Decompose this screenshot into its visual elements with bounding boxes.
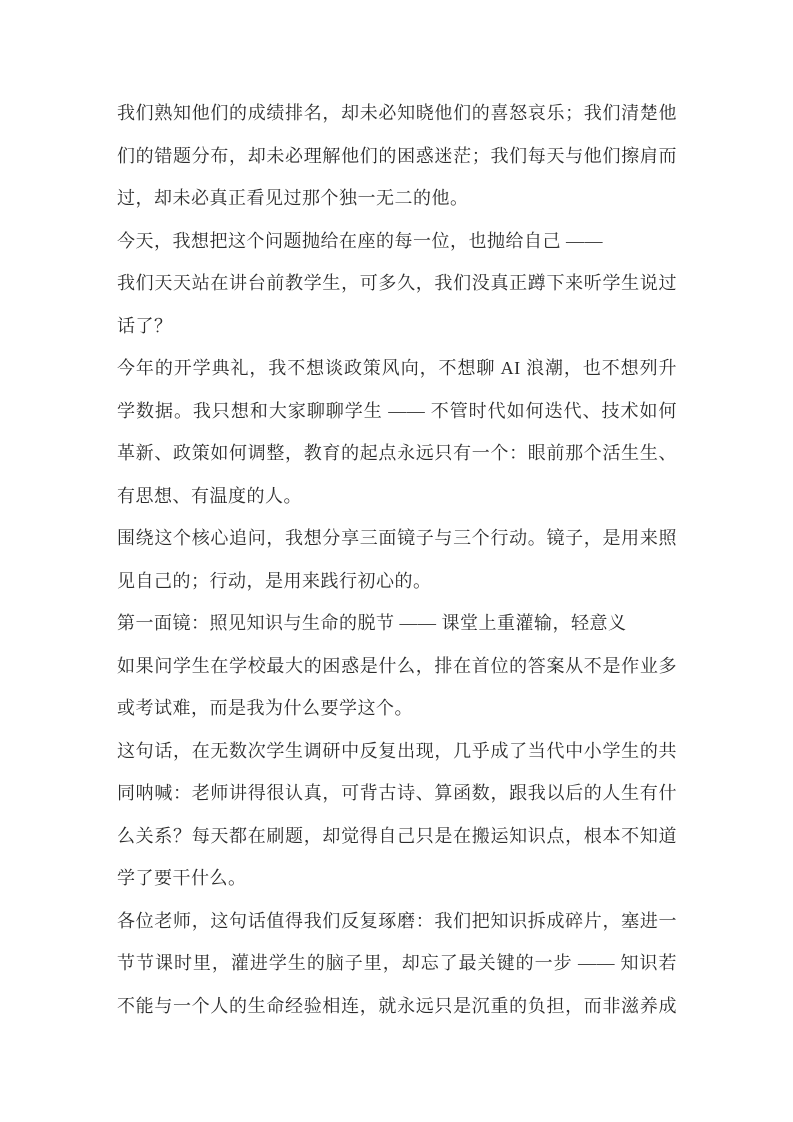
text-line: 过，却未必真正看见过那个独一无二的他。 xyxy=(117,177,677,220)
text-line: 我们天天站在讲台前教学生，可多久，我们没真正蹲下来听学生说过 xyxy=(117,262,677,305)
text-line: 围绕这个核心追问，我想分享三面镜子与三个行动。镜子，是用来照 xyxy=(117,517,677,560)
paragraph: 这句话，在无数次学生调研中反复出现，几乎成了当代中小学生的共同呐喊：老师讲得很认… xyxy=(117,730,677,900)
text-line: 么关系？每天都在刷题，却觉得自己只是在搬运知识点，根本不知道 xyxy=(117,815,677,858)
text-line: 学了要干什么。 xyxy=(117,857,677,900)
text-line: 或考试难，而是我为什么要学这个。 xyxy=(117,687,677,730)
text-line: 不能与一个人的生命经验相连，就永远只是沉重的负担，而非滋养成 xyxy=(117,985,677,1028)
text-line: 如果问学生在学校最大的困惑是什么，排在首位的答案从不是作业多 xyxy=(117,645,677,688)
paragraph: 如果问学生在学校最大的困惑是什么，排在首位的答案从不是作业多或考试难，而是我为什… xyxy=(117,645,677,730)
text-line: 节节课时里，灌进学生的脑子里，却忘了最关键的一步 —— 知识若 xyxy=(117,942,677,985)
text-line: 话了？ xyxy=(117,305,677,348)
text-line: 这句话，在无数次学生调研中反复出现，几乎成了当代中小学生的共 xyxy=(117,730,677,773)
paragraph: 各位老师，这句话值得我们反复琢磨：我们把知识拆成碎片，塞进一节节课时里，灌进学生… xyxy=(117,900,677,1028)
document-body: 我们熟知他们的成绩排名，却未必知晓他们的喜怒哀乐；我们清楚他们的错题分布，却未必… xyxy=(117,92,677,1027)
text-line: 们的错题分布，却未必理解他们的困惑迷茫；我们每天与他们擦肩而 xyxy=(117,135,677,178)
text-line: 今年的开学典礼，我不想谈政策风向，不想聊 AI 浪潮，也不想列升 xyxy=(117,347,677,390)
paragraph: 我们天天站在讲台前教学生，可多久，我们没真正蹲下来听学生说过话了？ xyxy=(117,262,677,347)
text-line: 我们熟知他们的成绩排名，却未必知晓他们的喜怒哀乐；我们清楚他 xyxy=(117,92,677,135)
text-line: 革新、政策如何调整，教育的起点永远只有一个：眼前那个活生生、 xyxy=(117,432,677,475)
text-line: 第一面镜：照见知识与生命的脱节 —— 课堂上重灌输，轻意义 xyxy=(117,602,677,645)
paragraph: 今年的开学典礼，我不想谈政策风向，不想聊 AI 浪潮，也不想列升学数据。我只想和… xyxy=(117,347,677,517)
paragraph: 今天，我想把这个问题抛给在座的每一位，也抛给自己 —— xyxy=(117,220,677,263)
paragraph: 第一面镜：照见知识与生命的脱节 —— 课堂上重灌输，轻意义 xyxy=(117,602,677,645)
text-line: 各位老师，这句话值得我们反复琢磨：我们把知识拆成碎片，塞进一 xyxy=(117,900,677,943)
text-line: 见自己的；行动，是用来践行初心的。 xyxy=(117,560,677,603)
text-line: 今天，我想把这个问题抛给在座的每一位，也抛给自己 —— xyxy=(117,220,677,263)
text-line: 有思想、有温度的人。 xyxy=(117,475,677,518)
paragraph: 围绕这个核心追问，我想分享三面镜子与三个行动。镜子，是用来照见自己的；行动，是用… xyxy=(117,517,677,602)
document-page: 我们熟知他们的成绩排名，却未必知晓他们的喜怒哀乐；我们清楚他们的错题分布，却未必… xyxy=(0,0,793,1122)
paragraph: 我们熟知他们的成绩排名，却未必知晓他们的喜怒哀乐；我们清楚他们的错题分布，却未必… xyxy=(117,92,677,220)
text-line: 同呐喊：老师讲得很认真，可背古诗、算函数，跟我以后的人生有什 xyxy=(117,772,677,815)
text-line: 学数据。我只想和大家聊聊学生 —— 不管时代如何迭代、技术如何 xyxy=(117,390,677,433)
